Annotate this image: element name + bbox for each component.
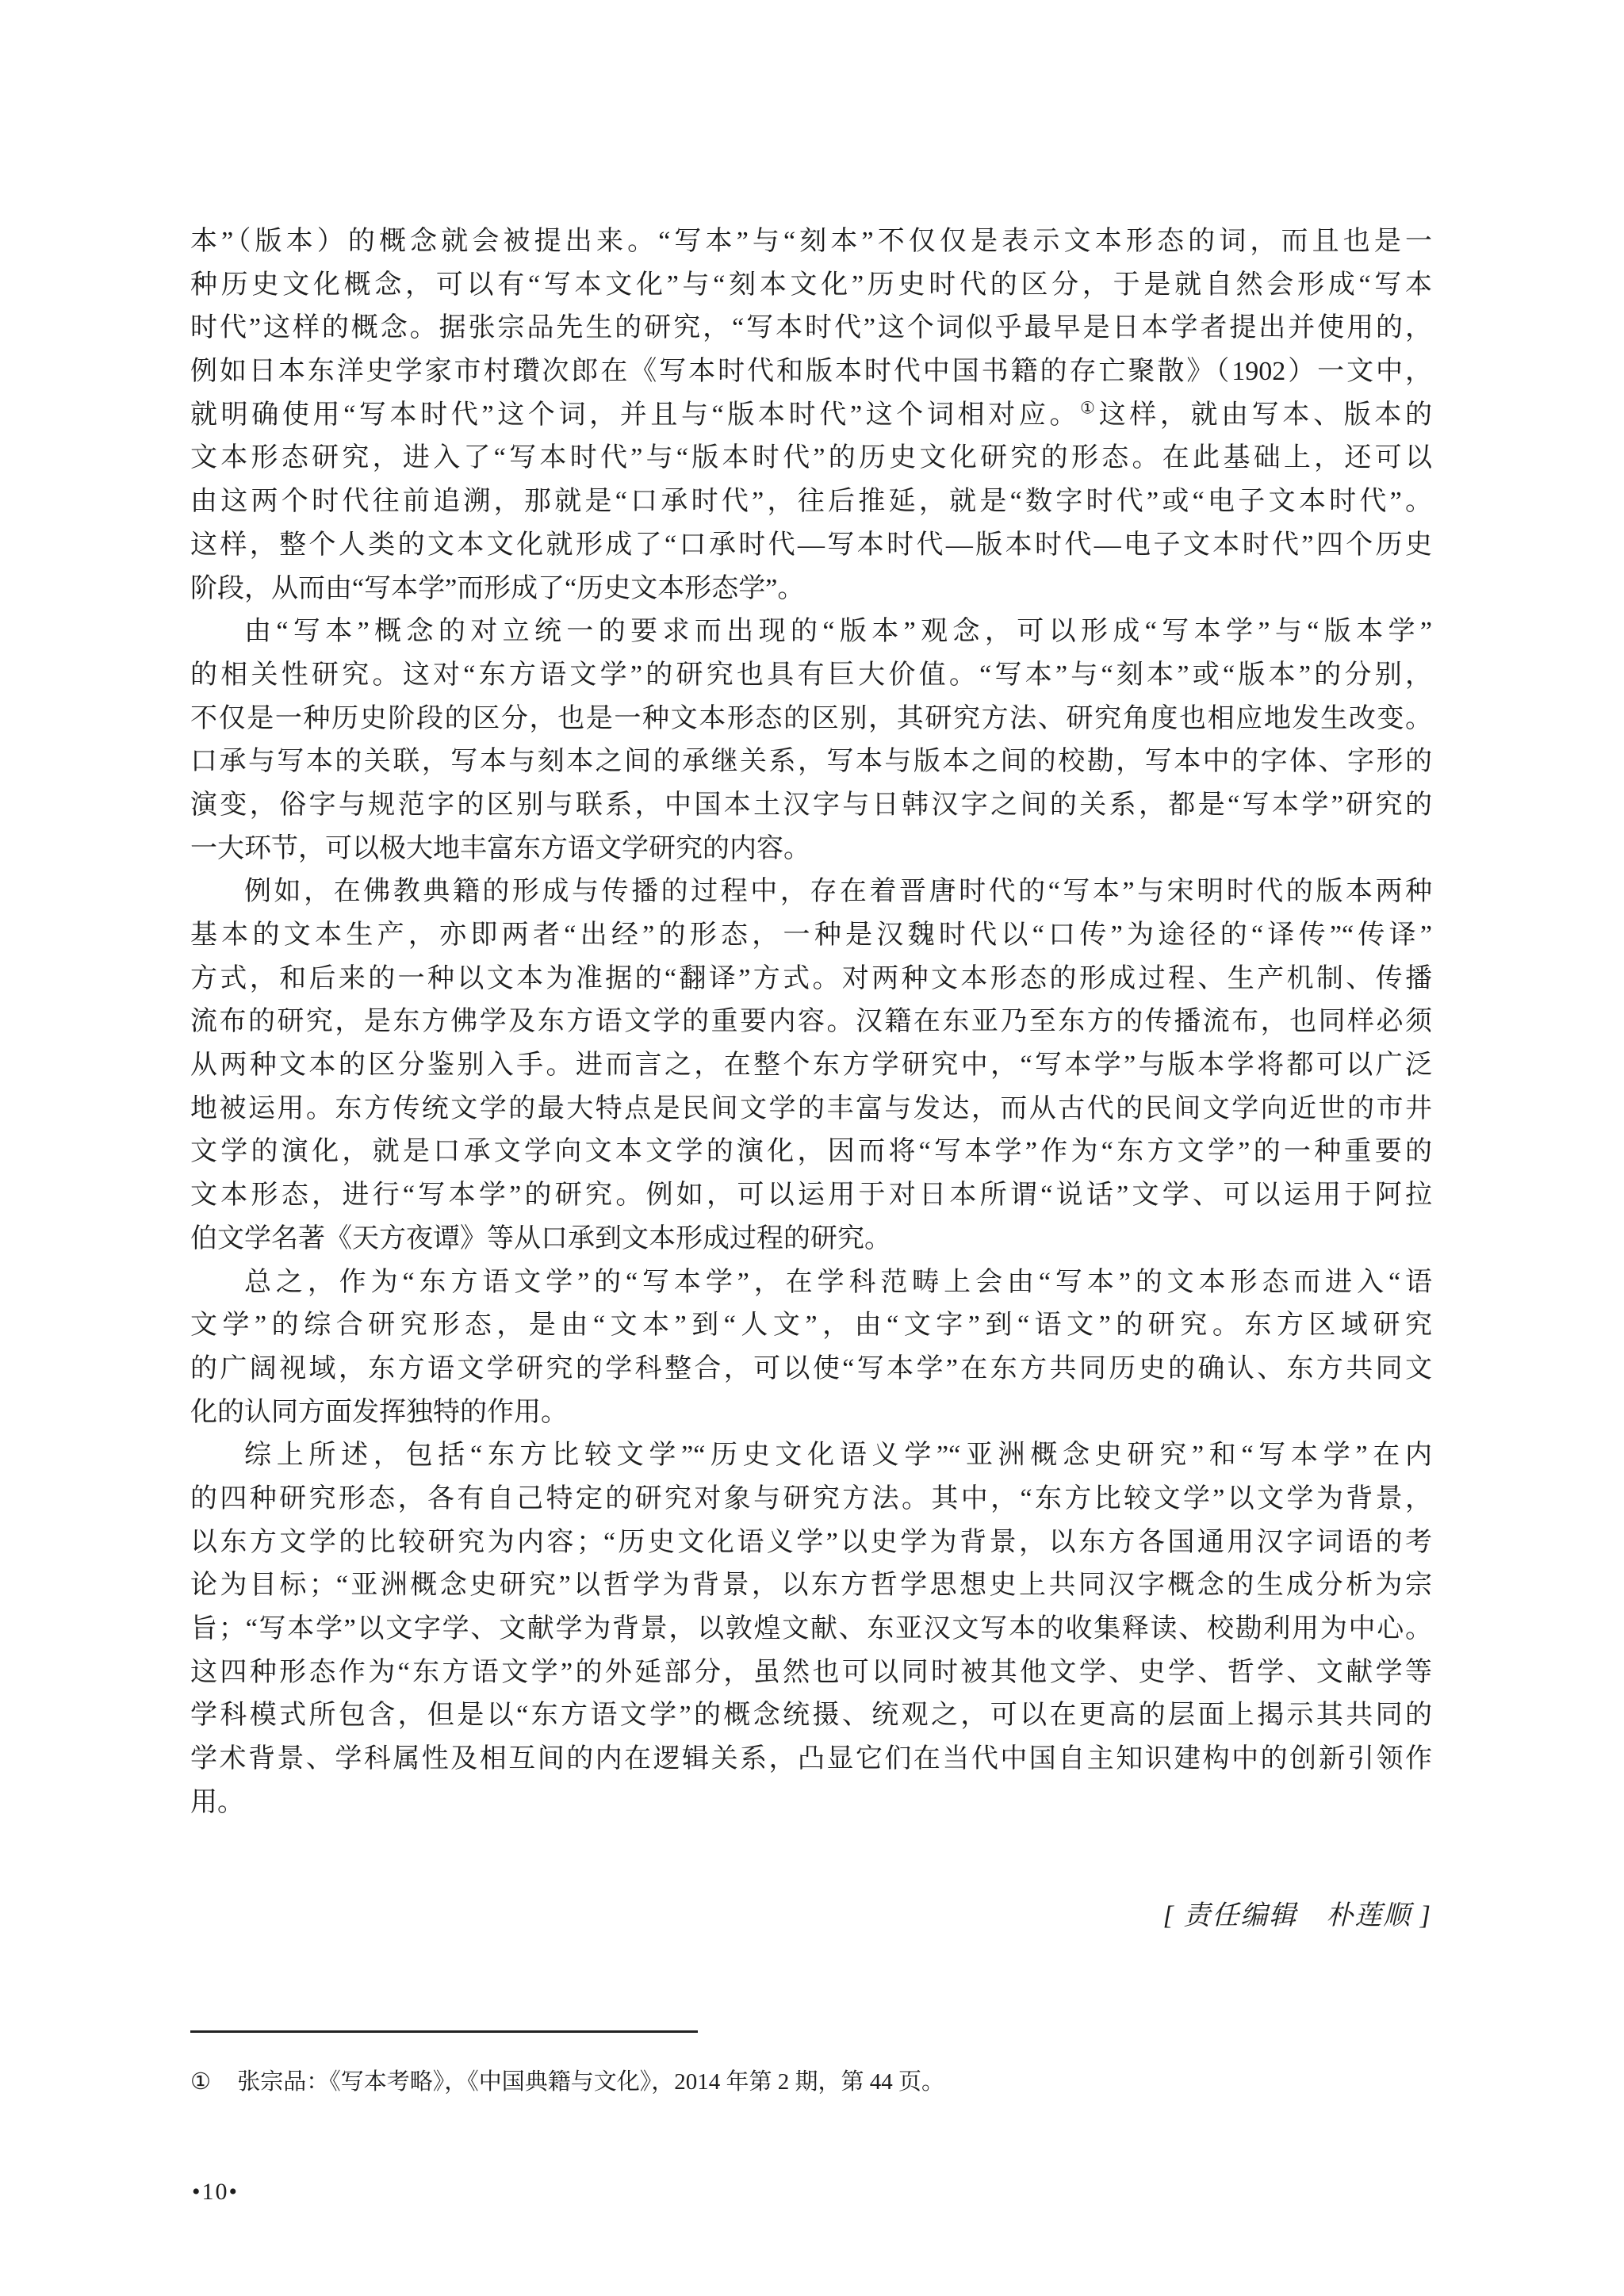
paragraph-2-line-4: 口承与写本的关联，写本与刻本之间的承继关系，写本与版本之间的校勘，写本中的字体、…	[190, 740, 1432, 784]
paragraph-3-line-7: 文学的演化，就是口承文学向文本文学的演化，因而将“写本学”作为“东方文学”的一种…	[190, 1131, 1432, 1174]
paragraph-2-line-5: 演变，俗字与规范字的区别与联系，中国本土汉字与日韩汉字之间的关系，都是“写本学”…	[190, 784, 1432, 828]
paragraph-5-line-2: 的四种研究形态，各有自己特定的研究对象与研究方法。其中，“东方比较文学”以文学为…	[190, 1478, 1432, 1521]
document-page: 本”（版本）的概念就会被提出来。“写本”与“刻本”不仅仅是表示文本形态的词，而且…	[0, 0, 1624, 2296]
paragraph-3-line-1: 例如，在佛教典籍的形成与传播的过程中，存在着晋唐时代的“写本”与宋明时代的版本两…	[190, 871, 1432, 914]
footnote-reference-1: ①	[1080, 398, 1098, 417]
paragraph-5-line-7: 学科模式所包含，但是以“东方语文学”的概念统摄、统观之，可以在更高的层面上揭示其…	[190, 1694, 1432, 1738]
paragraph-1-line-3: 时代”这样的概念。据张宗品先生的研究，“写本时代”这个词似乎最早是日本学者提出并…	[190, 307, 1432, 350]
paragraph-3-line-3: 方式，和后来的一种以文本为准据的“翻译”方式。对两种文本形态的形成过程、生产机制…	[190, 958, 1432, 1001]
editor-credit: [ 责任编辑 朴莲顺 ]	[1163, 1893, 1432, 1932]
paragraph-4-line-3: 的广阔视域，东方语文学研究的学科整合，可以使“写本学”在东方共同历史的确认、东方…	[190, 1348, 1432, 1391]
paragraph-4-line-2: 文学”的综合研究形态，是由“文本”到“人文”，由“文字”到“语文”的研究。东方区…	[190, 1304, 1432, 1348]
footnote-divider	[190, 2030, 698, 2033]
paragraph-1-line-5: 就明确使用“写本时代”这个词，并且与“版本时代”这个词相对应。①这样，就由写本、…	[190, 394, 1432, 438]
article-body: 本”（版本）的概念就会被提出来。“写本”与“刻本”不仅仅是表示文本形态的词，而且…	[190, 220, 1432, 1824]
paragraph-5-line-8: 学术背景、学科属性及相互间的内在逻辑关系，凸显它们在当代中国自主知识建构中的创新…	[190, 1738, 1432, 1781]
paragraph-1-line-7: 由这两个时代往前追溯，那就是“口承时代”，往后推延，就是“数字时代”或“电子文本…	[190, 480, 1432, 524]
paragraph-1-line-6: 文本形态研究，进入了“写本时代”与“版本时代”的历史文化研究的形态。在此基础上，…	[190, 437, 1432, 480]
paragraph-1-line-9: 阶段，从而由“写本学”而形成了“历史文本形态学”。	[190, 568, 1432, 611]
paragraph-1-line-8: 这样，整个人类的文本文化就形成了“口承时代—写本时代—版本时代—电子文本时代”四…	[190, 524, 1432, 568]
paragraph-2-line-6: 一大环节，可以极大地丰富东方语文学研究的内容。	[190, 828, 1432, 871]
footnote: ① 张宗品：《写本考略》，《中国典籍与文化》，2014 年第 2 期，第 44 …	[190, 2064, 1432, 2099]
paragraph-5-line-5: 旨；“写本学”以文字学、文献学为背景，以敦煌文献、东亚汉文写本的收集释读、校勘利…	[190, 1608, 1432, 1651]
paragraph-3-line-9: 伯文学名著《天方夜谭》等从口承到文本形成过程的研究。	[190, 1218, 1432, 1261]
paragraph-5-line-9: 用。	[190, 1781, 1432, 1825]
paragraph-1-line-1: 本”（版本）的概念就会被提出来。“写本”与“刻本”不仅仅是表示文本形态的词，而且…	[190, 220, 1432, 264]
paragraph-4-line-1: 总之，作为“东方语文学”的“写本学”，在学科范畴上会由“写本”的文本形态而进入“…	[190, 1261, 1432, 1305]
paragraph-1-line-4: 例如日本东洋史学家市村瓚次郎在《写本时代和版本时代中国书籍的存亡聚散》（1902…	[190, 350, 1432, 394]
paragraph-2-line-3: 不仅是一种历史阶段的区分，也是一种文本形态的区别，其研究方法、研究角度也相应地发…	[190, 698, 1432, 741]
paragraph-5-line-3: 以东方文学的比较研究为内容；“历史文化语义学”以史学为背景，以东方各国通用汉字词…	[190, 1521, 1432, 1565]
paragraph-3-line-2: 基本的文本生产，亦即两者“出经”的形态，一种是汉魏时代以“口传”为途径的“译传”…	[190, 914, 1432, 958]
paragraph-5-line-6: 这四种形态作为“东方语文学”的外延部分，虽然也可以同时被其他文学、史学、哲学、文…	[190, 1651, 1432, 1695]
paragraph-1-line-2: 种历史文化概念，可以有“写本文化”与“刻本文化”历史时代的区分，于是就自然会形成…	[190, 264, 1432, 308]
footnote-text: 张宗品：《写本考略》，《中国典籍与文化》，2014 年第 2 期，第 44 页。	[237, 2069, 944, 2095]
paragraph-2-line-1: 由“写本”概念的对立统一的要求而出现的“版本”观念，可以形成“写本学”与“版本学…	[190, 610, 1432, 654]
paragraph-4-line-4: 化的认同方面发挥独特的作用。	[190, 1391, 1432, 1435]
paragraph-3-line-8: 文本形态，进行“写本学”的研究。例如，可以运用于对日本所谓“说话”文学、可以运用…	[190, 1174, 1432, 1218]
paragraph-5-line-1: 综上所述，包括“东方比较文学”“历史文化语义学”“亚洲概念史研究”和“写本学”在…	[190, 1434, 1432, 1478]
paragraph-3-line-4: 流布的研究，是东方佛学及东方语文学的重要内容。汉籍在东亚乃至东方的传播流布，也同…	[190, 1001, 1432, 1044]
paragraph-5-line-4: 论为目标；“亚洲概念史研究”以哲学为背景，以东方哲学思想史上共同汉字概念的生成分…	[190, 1564, 1432, 1608]
paragraph-3-line-6: 地被运用。东方传统文学的最大特点是民间文学的丰富与发达，而从古代的民间文学向近世…	[190, 1088, 1432, 1131]
paragraph-2-line-2: 的相关性研究。这对“东方语文学”的研究也具有巨大价值。“写本”与“刻本”或“版本…	[190, 654, 1432, 698]
footnote-marker: ①	[190, 2069, 211, 2095]
paragraph-3-line-5: 从两种文本的区分鉴别入手。进而言之，在整个东方学研究中，“写本学”与版本学将都可…	[190, 1044, 1432, 1088]
page-number: •10•	[192, 2179, 239, 2206]
